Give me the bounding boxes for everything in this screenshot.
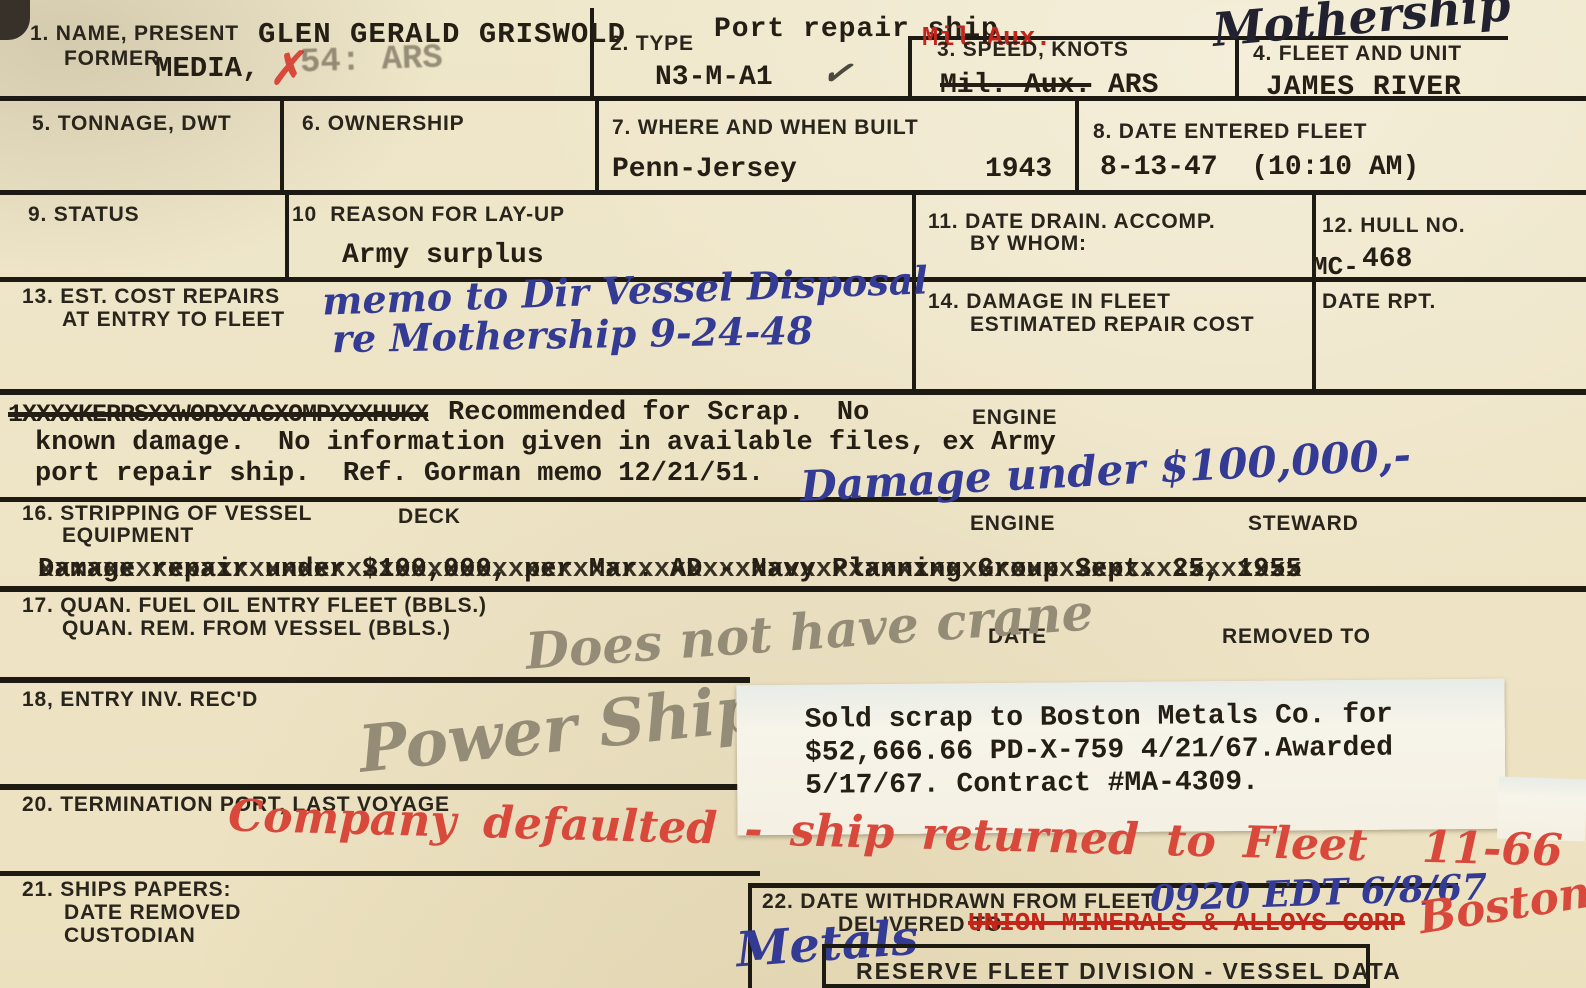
field14-label: 14. DAMAGE IN FLEET	[928, 290, 1171, 314]
slip-line1: Sold scrap to Boston Metals Co. for	[805, 700, 1393, 736]
rule-row4-bottom	[0, 389, 1586, 395]
field13-label: 13. EST. COST REPAIRS	[22, 285, 280, 309]
field4-label: 4. FLEET AND UNIT	[1253, 42, 1462, 66]
divider-f5-f6	[280, 100, 284, 190]
field13-label2: AT ENTRY TO FLEET	[62, 308, 285, 332]
built-year: 1943	[985, 154, 1052, 185]
field16-engine-label: ENGINE	[970, 512, 1055, 536]
field11-label: 11. DATE DRAIN. ACCOMP.	[928, 210, 1216, 234]
field5-label: 5. TONNAGE, DWT	[32, 112, 231, 136]
slip-line3: 5/17/67. Contract #MA-4309.	[805, 767, 1259, 802]
field16-deck-label: DECK	[398, 505, 461, 529]
footer-title: RESERVE FLEET DIVISION - VESSEL DATA	[856, 958, 1402, 985]
field17-pencil-note: Does not have crane	[524, 582, 1095, 681]
footer-title-box: RESERVE FLEET DIVISION - VESSEL DATA	[822, 944, 1370, 988]
field16-strike-overlay: xxxxxxxxxxxxxxxxxxxxxxxxxxxxxxxxxxxxxxxx…	[38, 555, 1302, 585]
rule-row2-bottom	[0, 190, 1586, 195]
built-where: Penn-Jersey	[612, 154, 797, 185]
layup-reason: Army surplus	[342, 240, 544, 271]
field15-line2: known damage. No information given in av…	[35, 428, 1056, 458]
divider-f11-f12	[1312, 195, 1316, 389]
field21-label: 21. SHIPS PAPERS:	[22, 878, 231, 902]
field10-label: 10 REASON FOR LAY-UP	[292, 203, 565, 227]
field15-obscured-heading: 1XXXXKERRSXXWORXXACXOMPXXXHUKX	[8, 400, 428, 429]
field17-removed-to-label: REMOVED TO	[1222, 625, 1371, 649]
field17-label2: QUAN. REM. FROM VESSEL (BBLS.)	[62, 617, 451, 641]
field1-label-former: FORMER	[64, 47, 160, 71]
field12-label: 12. HULL NO.	[1322, 214, 1465, 238]
rule-f17-bottom	[0, 677, 750, 683]
slip-line2: $52,666.66 PD-X-759 4/21/67.Awarded	[805, 733, 1393, 769]
design-type: N3-M-A1	[655, 62, 773, 93]
field13-handwriting-2: re Mothership 9-24-48	[332, 308, 814, 361]
field15-engine-label: ENGINE	[972, 406, 1057, 430]
field16-steward-label: STEWARD	[1248, 512, 1359, 536]
field21-label3: CUSTODIAN	[64, 924, 196, 948]
hull-no-prefix: MC-	[1312, 252, 1359, 282]
delivered-to-struck-value: UNION MINERALS & ALLOYS CORP	[968, 908, 1405, 938]
field17-label: 17. QUAN. FUEL OIL ENTRY FLEET (BBLS.)	[22, 594, 487, 618]
field14-label2: ESTIMATED REPAIR COST	[970, 313, 1254, 337]
scan-corner-artifact	[0, 0, 30, 40]
field15-line3: port repair ship. Ref. Gorman memo 12/21…	[35, 459, 764, 489]
field18-label: 18, ENTRY INV. REC'D	[22, 688, 258, 712]
stamp-ars: 54: ARS	[299, 40, 443, 83]
hull-no-value: 468	[1362, 244, 1412, 275]
field21-label2: DATE REMOVED	[64, 901, 241, 925]
vessel-data-card: 1. NAME, PRESENT FORMER GLEN GERALD GRIS…	[0, 0, 1586, 988]
check-mark: ✓	[819, 50, 855, 96]
rule-f16-bottom	[0, 586, 1586, 592]
field16-label2: EQUIPMENT	[62, 524, 194, 548]
field1-label: 1. NAME, PRESENT	[30, 22, 239, 46]
divider-f6-f7	[595, 100, 599, 190]
divider-f9-f10	[285, 195, 289, 277]
field8-label: 8. DATE ENTERED FLEET	[1093, 120, 1367, 144]
date-entered-fleet: 8-13-47 (10:10 AM)	[1100, 152, 1419, 183]
field7-label: 7. WHERE AND WHEN BUILT	[612, 116, 919, 140]
field15-line1: Recommended for Scrap. No	[448, 398, 869, 428]
field11-label2: BY WHOM:	[970, 232, 1087, 256]
divider-f7-f8	[1075, 100, 1079, 190]
divider-f2-f3	[908, 38, 912, 96]
field9-label: 9. STATUS	[28, 203, 139, 227]
rule-f20-bottom	[0, 871, 760, 876]
field3-label: 3. SPEED, KNOTS	[937, 38, 1129, 62]
field16-label: 16. STRIPPING OF VESSEL	[22, 502, 312, 526]
ship-name-former: MEDIA,	[155, 52, 259, 85]
speed-struck-value: Mil. Aux.	[940, 70, 1091, 101]
speed-value: ARS	[1108, 70, 1158, 101]
field18-pencil-note: Power Ship	[355, 671, 763, 788]
field6-label: 6. OWNERSHIP	[302, 112, 464, 136]
field2-label: 2. TYPE	[610, 32, 694, 56]
fleet-unit-value: JAMES RIVER	[1266, 72, 1462, 103]
date-rpt-label: DATE RPT.	[1322, 290, 1436, 314]
